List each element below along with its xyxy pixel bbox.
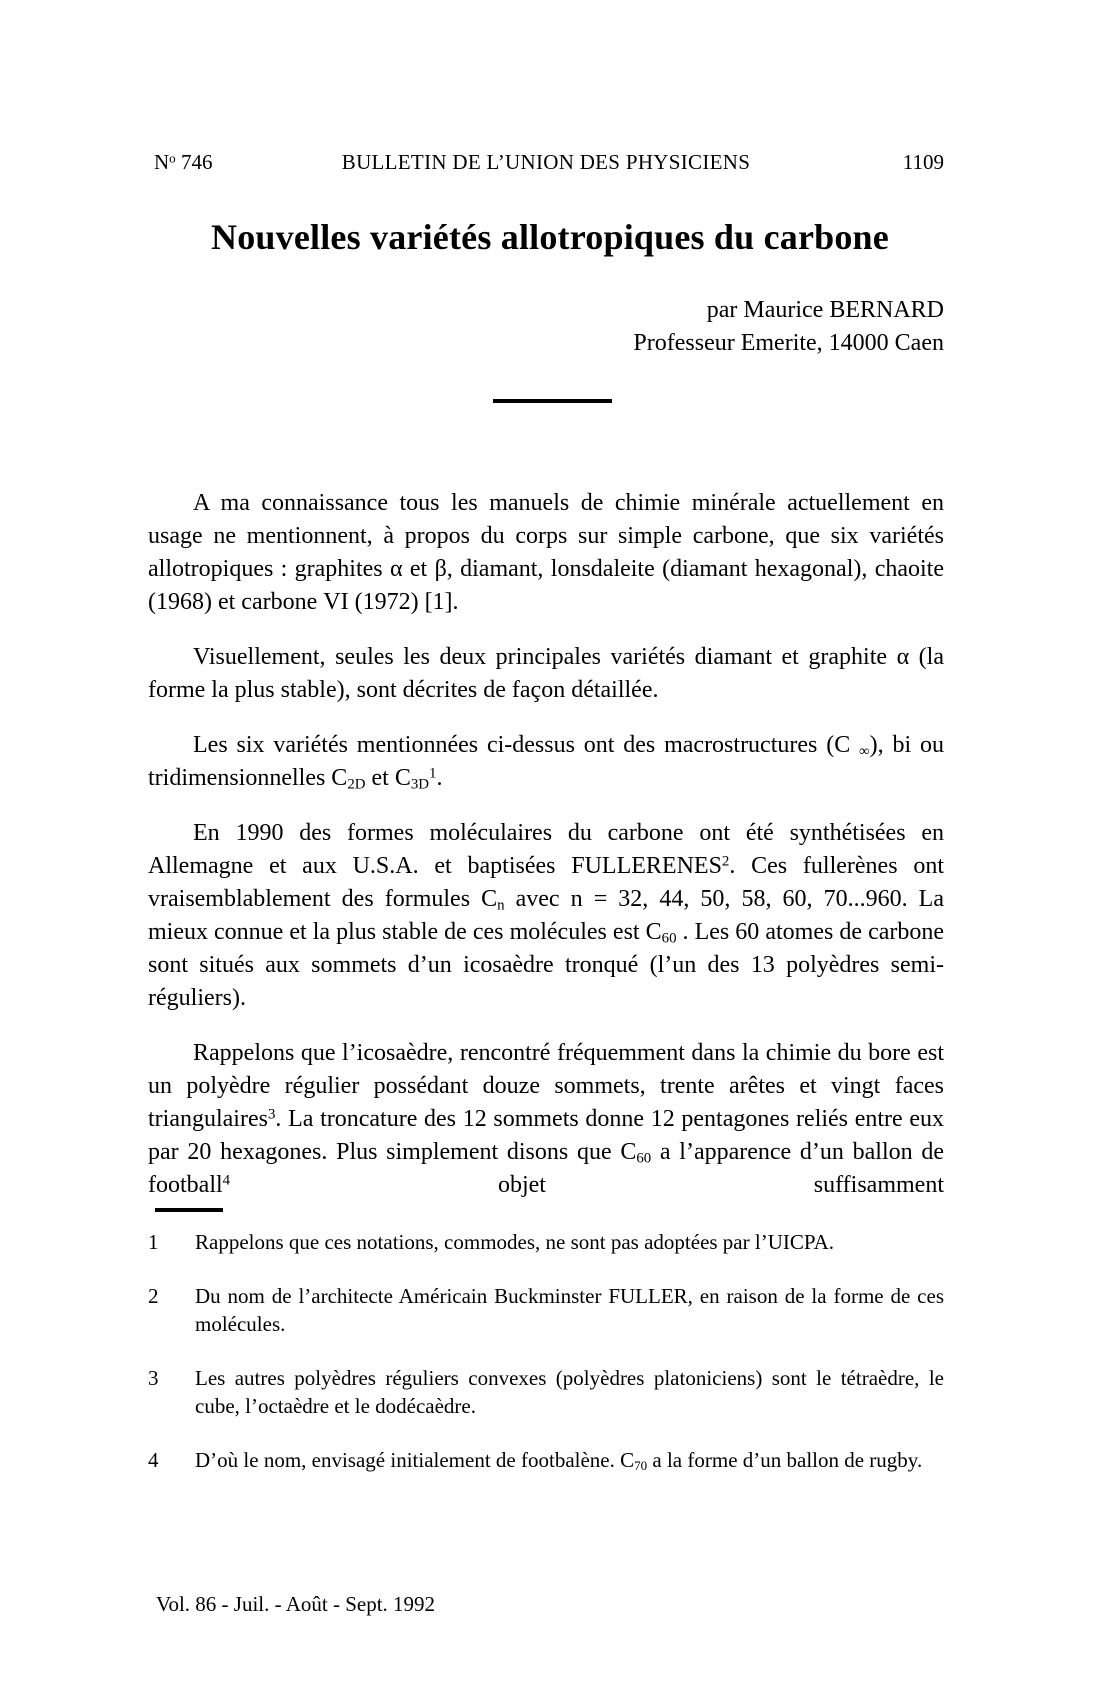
- footnote-4-number: 4: [148, 1446, 195, 1474]
- paragraph-visuellement: Visuellement, seules les deux principale…: [148, 641, 944, 707]
- footnote-2-number: 2: [148, 1282, 195, 1338]
- document-page: No 746 BULLETIN DE L’UNION DES PHYSICIEN…: [0, 0, 1103, 1692]
- footnote-3-number: 3: [148, 1364, 195, 1420]
- title-divider-rule: [493, 399, 612, 403]
- paragraph-icosaedre: Rappelons que l’icosaèdre, rencontré fré…: [148, 1037, 944, 1202]
- footnotes-section: 1 Rappelons que ces notations, commodes,…: [148, 1228, 944, 1500]
- footnote-4-text: D’où le nom, envisagé initialement de fo…: [195, 1446, 944, 1474]
- paragraph-macrostructures: Les six variétés mentionnées ci-dessus o…: [148, 729, 944, 795]
- footnote-3: 3 Les autres polyèdres réguliers convexe…: [148, 1364, 944, 1420]
- byline-author: par Maurice BERNARD: [148, 294, 944, 327]
- volume-footer: Vol. 86 - Juil. - Août - Sept. 1992: [156, 1592, 435, 1617]
- article-body: A ma connaissance tous les manuels de ch…: [148, 487, 944, 1224]
- page-number: 1109: [903, 150, 944, 175]
- journal-title: BULLETIN DE L’UNION DES PHYSICIENS: [148, 150, 944, 175]
- article-title: Nouvelles variétés allotropiques du carb…: [150, 216, 950, 258]
- byline: par Maurice BERNARD Professeur Emerite, …: [148, 294, 944, 360]
- byline-affiliation: Professeur Emerite, 14000 Caen: [148, 327, 944, 360]
- running-head: No 746 BULLETIN DE L’UNION DES PHYSICIEN…: [148, 150, 944, 176]
- footnote-2: 2 Du nom de l’architecte Américain Buckm…: [148, 1282, 944, 1338]
- footnote-divider-rule: [155, 1208, 223, 1212]
- footnote-3-text: Les autres polyèdres réguliers convexes …: [195, 1364, 944, 1420]
- footnote-1: 1 Rappelons que ces notations, commodes,…: [148, 1228, 944, 1256]
- paragraph-fullerenes: En 1990 des formes moléculaires du carbo…: [148, 817, 944, 1015]
- footnote-2-text: Du nom de l’architecte Américain Buckmin…: [195, 1282, 944, 1338]
- paragraph-intro: A ma connaissance tous les manuels de ch…: [148, 487, 944, 619]
- footnote-4: 4 D’où le nom, envisagé initialement de …: [148, 1446, 944, 1474]
- footnote-1-number: 1: [148, 1228, 195, 1256]
- footnote-1-text: Rappelons que ces notations, commodes, n…: [195, 1228, 944, 1256]
